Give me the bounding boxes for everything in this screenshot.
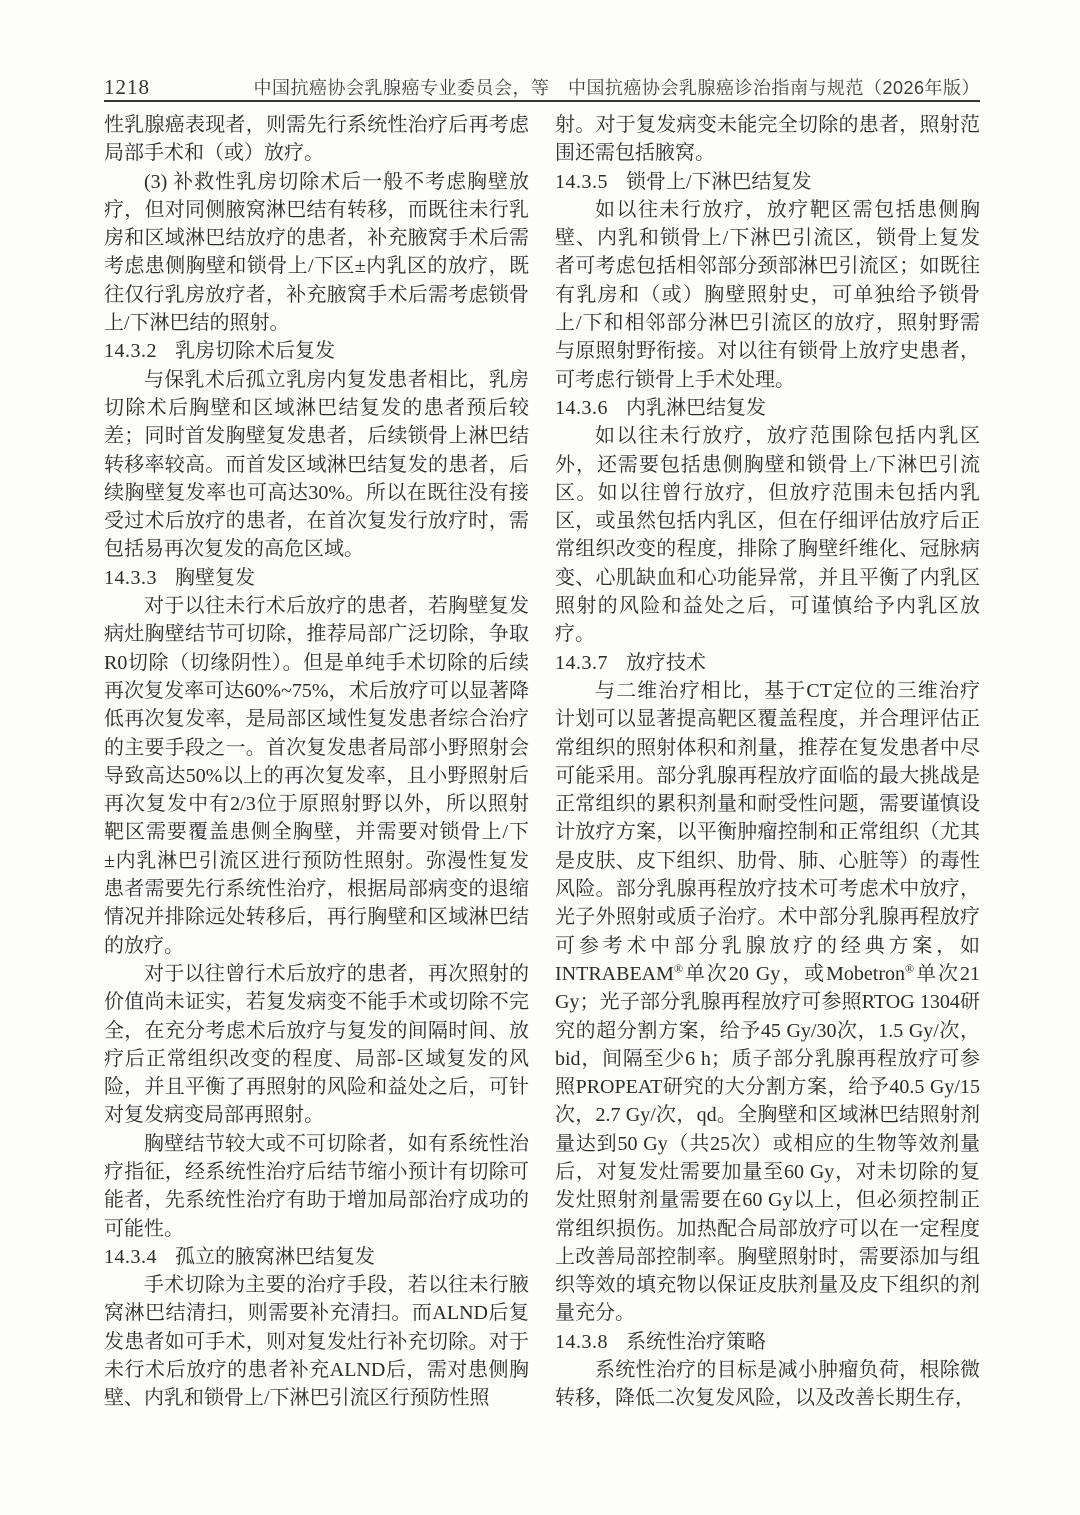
paragraph-continuation: 射。对于复发病变未能完全切除的患者，照射范围还需包括腋窝。: [555, 111, 980, 168]
section-title: 乳房切除术后复发: [175, 340, 335, 362]
section-number: 14.3.7: [555, 652, 608, 674]
left-column: 性乳腺癌表现者，则需先行系统性治疗后再考虑局部手术和（或）放疗。(3) 补救性乳…: [104, 111, 529, 1413]
header-divider: [104, 100, 980, 102]
section-title: 内乳淋巴结复发: [626, 397, 766, 419]
section-number: 14.3.5: [555, 171, 608, 193]
registered-trademark-symbol: ®: [905, 961, 914, 975]
section-number: 14.3.3: [104, 567, 157, 589]
section-heading-14.3.5: 14.3.5锁骨上/下淋巴结复发: [555, 168, 980, 196]
section-number: 14.3.2: [104, 340, 157, 362]
text-columns: 性乳腺癌表现者，则需先行系统性治疗后再考虑局部手术和（或）放疗。(3) 补救性乳…: [104, 111, 980, 1413]
section-heading-14.3.2: 14.3.2乳房切除术后复发: [104, 337, 529, 365]
section-title: 系统性治疗策略: [626, 1331, 766, 1353]
section-title: 胸壁复发: [175, 567, 255, 589]
paragraph: 对于以往曾行术后放疗的患者，再次照射的价值尚未证实，若复发病变不能手术或切除不完…: [104, 960, 529, 1130]
section-number: 14.3.4: [104, 1246, 157, 1268]
section-title: 孤立的腋窝淋巴结复发: [175, 1246, 375, 1268]
paragraph: 如以往未行放疗，放疗靶区需包括患侧胸壁、内乳和锁骨上/下淋巴引流区，锁骨上复发者…: [555, 196, 980, 394]
header-title: 中国抗癌协会乳腺癌专业委员会，等 中国抗癌协会乳腺癌诊治指南与规范（2026年版…: [253, 74, 980, 100]
section-number: 14.3.6: [555, 397, 608, 419]
section-heading-14.3.6: 14.3.6内乳淋巴结复发: [555, 394, 980, 422]
paragraph: 手术切除为主要的治疗手段，若以往未行腋窝淋巴结清扫，则需要补充清扫。而ALND后…: [104, 1271, 529, 1412]
section-heading-14.3.3: 14.3.3胸壁复发: [104, 564, 529, 592]
section-title: 放疗技术: [626, 652, 706, 674]
paragraph: 如以往未行放疗，放疗范围除包括内乳区外，还需要包括患侧胸壁和锁骨上/下淋巴引流区…: [555, 422, 980, 648]
paragraph: 与二维治疗相比，基于CT定位的三维治疗计划可以显著提高靶区覆盖程度，并合理评估正…: [555, 677, 980, 1328]
registered-trademark-symbol: ®: [674, 961, 683, 975]
paragraph: 对于以往未行术后放疗的患者，若胸壁复发病灶胸壁结节可切除，推荐局部广泛切除，争取…: [104, 592, 529, 960]
right-column: 射。对于复发病变未能完全切除的患者，照射范围还需包括腋窝。14.3.5锁骨上/下…: [555, 111, 980, 1413]
paragraph: 胸壁结节较大或不可切除者，如有系统性治疗指征，经系统性治疗后结节缩小预计有切除可…: [104, 1130, 529, 1243]
section-title: 锁骨上/下淋巴结复发: [626, 171, 812, 193]
running-header: 1218 中国抗癌协会乳腺癌专业委员会，等 中国抗癌协会乳腺癌诊治指南与规范（2…: [104, 74, 980, 100]
section-heading-14.3.4: 14.3.4孤立的腋窝淋巴结复发: [104, 1243, 529, 1271]
paragraph: (3) 补救性乳房切除术后一般不考虑胸壁放疗，但对同侧腋窝淋巴结有转移，而既往未…: [104, 168, 529, 338]
section-heading-14.3.7: 14.3.7放疗技术: [555, 649, 980, 677]
section-heading-14.3.8: 14.3.8系统性治疗策略: [555, 1328, 980, 1356]
document-page: 1218 中国抗癌协会乳腺癌专业委员会，等 中国抗癌协会乳腺癌诊治指南与规范（2…: [0, 0, 1080, 1515]
paragraph: 系统性治疗的目标是减小肿瘤负荷，根除微转移，降低二次复发风险，以及改善长期生存，: [555, 1356, 980, 1413]
page-number: 1218: [104, 75, 150, 100]
section-number: 14.3.8: [555, 1331, 608, 1353]
paragraph-continuation: 性乳腺癌表现者，则需先行系统性治疗后再考虑局部手术和（或）放疗。: [104, 111, 529, 168]
paragraph: 与保乳术后孤立乳房内复发患者相比，乳房切除术后胸壁和区域淋巴结复发的患者预后较差…: [104, 366, 529, 564]
